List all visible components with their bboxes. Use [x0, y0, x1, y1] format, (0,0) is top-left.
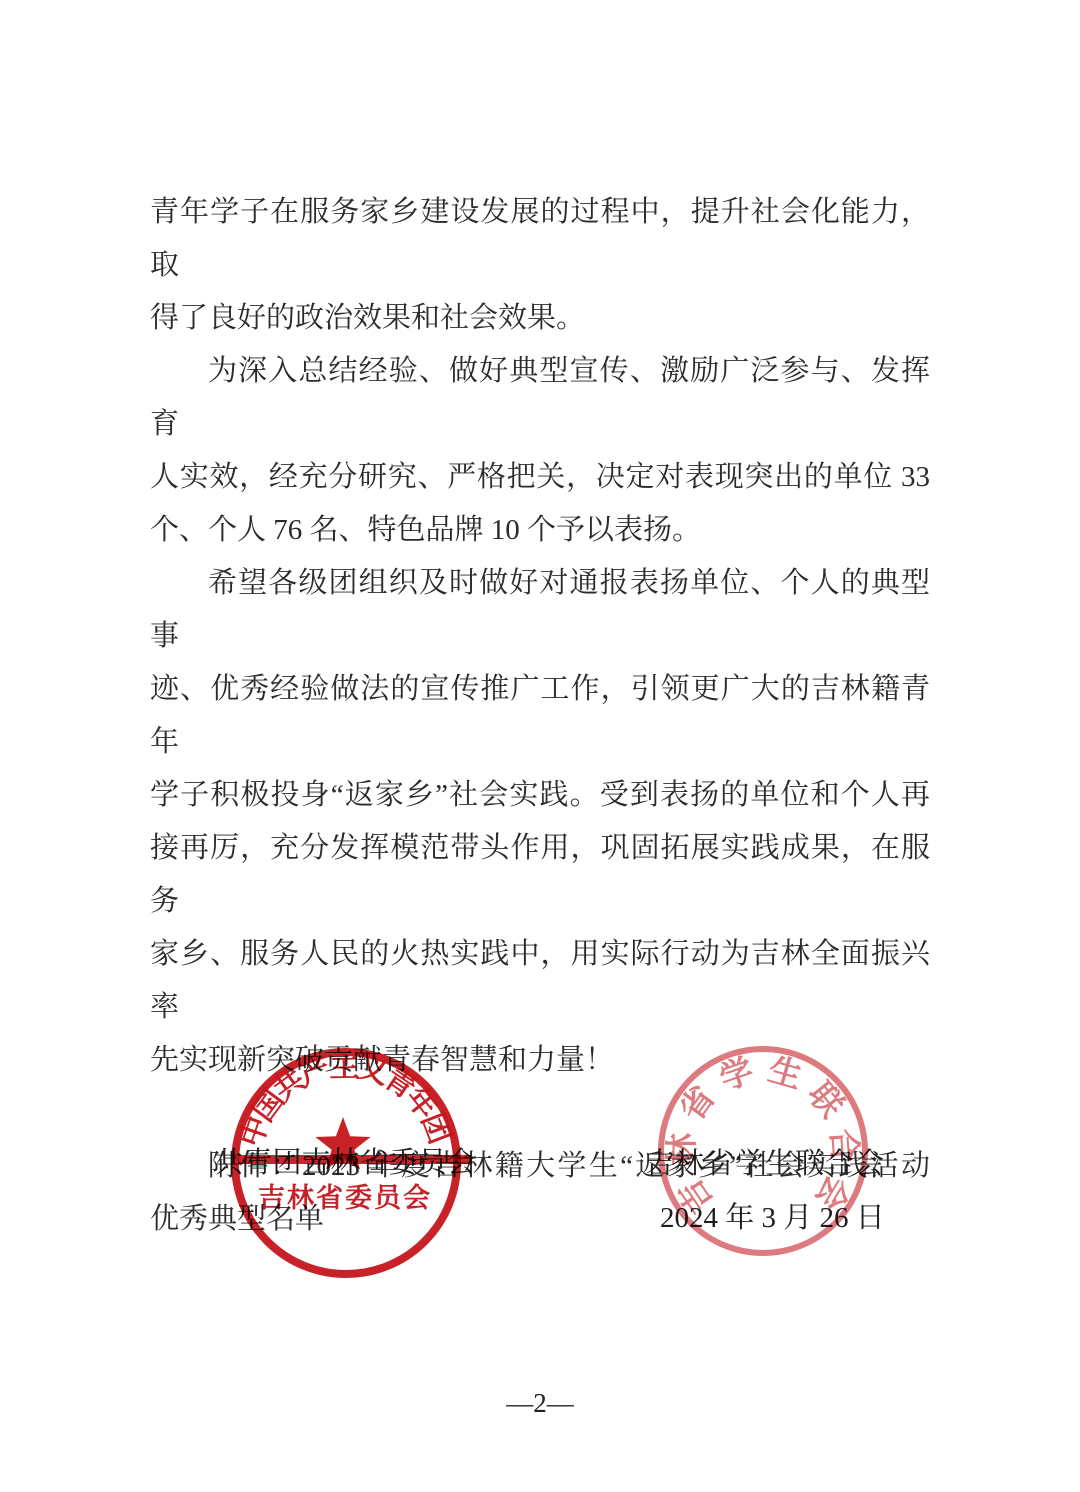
paragraph-2: 为深入总结经验、做好典型宣传、激励广泛参与、发挥育 人实效，经充分研究、严格把关…	[150, 345, 930, 557]
student-federation-seal: 吉 林 省 学 生 联 合 会	[651, 1039, 875, 1263]
text-line: 人实效，经充分研究、严格把关，决定对表现突出的单位 33	[150, 451, 930, 504]
paragraph-3: 希望各级团组织及时做好对通报表扬单位、个人的典型事 迹、优秀经验做法的宣传推广工…	[150, 557, 930, 1087]
text-line: 希望各级团组织及时做好对通报表扬单位、个人的典型事	[150, 557, 930, 663]
page-number: —2—	[506, 1388, 574, 1419]
seal-ring-char: 合	[824, 1128, 863, 1164]
text-line: 为深入总结经验、做好典型宣传、激励广泛参与、发挥育	[150, 345, 930, 451]
text-line: 迹、优秀经验做法的宣传推广工作，引领更广大的吉林籍青年	[150, 663, 930, 769]
text-line: 得了良好的政治效果和社会效果。	[150, 292, 930, 345]
seal-red-line	[238, 1155, 472, 1164]
text-line: 接再厉，充分发挥模范带头作用，巩固拓展实践成果，在服务	[150, 822, 930, 928]
seal-bottom-text: 吉林省委员会	[258, 1183, 432, 1213]
seal-ring-char: 林	[664, 1132, 702, 1167]
paragraph-1: 青年学子在服务家乡建设发展的过程中，提升社会化能力，取 得了良好的政治效果和社会…	[150, 186, 930, 345]
text-line: 家乡、服务人民的火热实践中，用实际行动为吉林全面振兴率	[150, 928, 930, 1034]
text-line: 青年学子在服务家乡建设发展的过程中，提升社会化能力，取	[150, 186, 930, 292]
document-page: 青年学子在服务家乡建设发展的过程中，提升社会化能力，取 得了良好的政治效果和社会…	[0, 0, 1080, 1492]
text-line: 个、个人 76 名、特色品牌 10 个予以表扬。	[150, 504, 930, 557]
text-line: 学子积极投身“返家乡”社会实践。受到表扬的单位和个人再	[150, 769, 930, 822]
